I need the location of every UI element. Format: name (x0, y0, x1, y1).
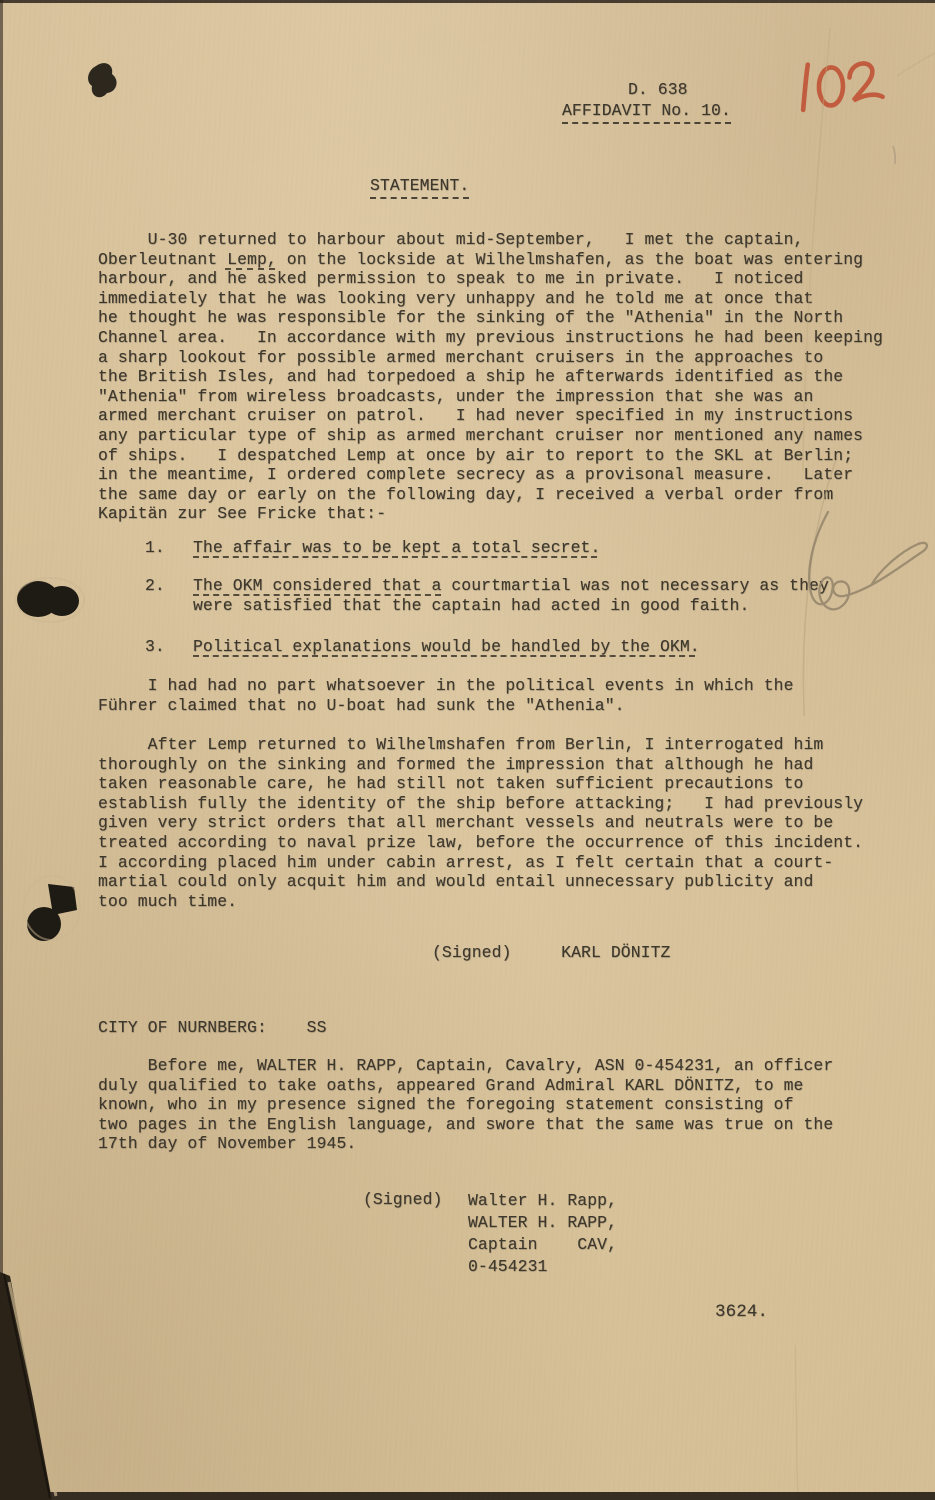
signature-line-donitz: (Signed) KARL DÖNITZ (432, 943, 670, 963)
notary-paragraph: Before me, WALTER H. RAPP, Captain, Cava… (98, 1056, 833, 1154)
scanned-affidavit-page: D. 638 AFFIDAVIT No. 10. STATEMENT. U-30… (0, 0, 935, 1500)
statement-title: STATEMENT. (370, 176, 469, 199)
handwritten-page-stamp-102 (788, 53, 891, 120)
underline-list-item-2 (193, 594, 441, 596)
signed-label-rapp: (Signed) (363, 1190, 443, 1210)
jurisdiction-line: CITY OF NURNBERG: SS (98, 1018, 327, 1038)
list-item-2-number: 2. (145, 576, 165, 596)
scan-edge-left (0, 0, 3, 1500)
paragraph-3: After Lemp returned to Wilhelmshafen fro… (98, 735, 863, 911)
list-item-3-number: 3. (145, 637, 165, 657)
torn-corner-bottom-left (0, 1260, 120, 1500)
list-item-1-number: 1. (145, 538, 165, 558)
affidavit-number-line: AFFIDAVIT No. 10. (562, 101, 731, 124)
underline-list-item-3 (193, 655, 695, 657)
paragraph-1: U-30 returned to harbour about mid-Septe… (98, 230, 883, 524)
underline-lemp (225, 268, 275, 270)
page-sequence-number: 3624. (715, 1303, 768, 1323)
scan-edge-bottom (0, 1492, 935, 1500)
scan-edge-top (0, 0, 935, 3)
signature-block-rapp: Walter H. Rapp, WALTER H. RAPP, Captain … (468, 1190, 617, 1278)
list-item-1-text: The affair was to be kept a total secret… (193, 538, 600, 558)
paragraph-2: I had had no part whatsoever in the poli… (98, 676, 794, 715)
list-item-3-text: Political explanations would be handled … (193, 637, 700, 657)
document-number: D. 638 (628, 80, 688, 100)
underline-list-item-1 (193, 556, 597, 558)
